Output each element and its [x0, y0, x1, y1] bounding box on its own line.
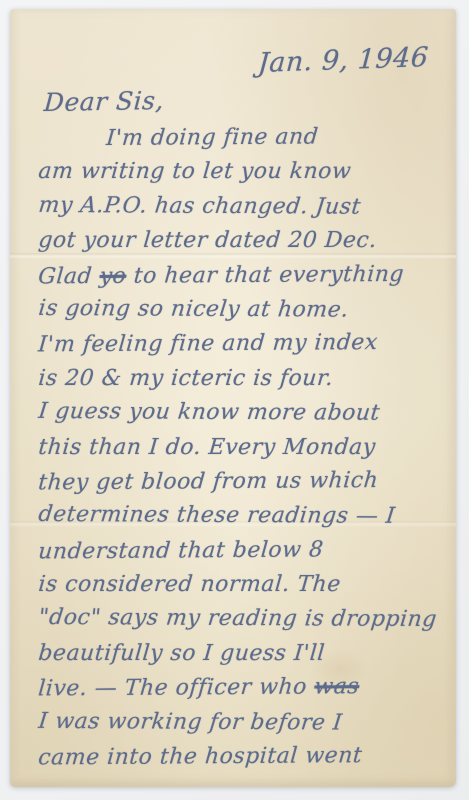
letter-text: is considered normal. The — [37, 572, 342, 597]
letter-text: live. — The officer who — [37, 675, 315, 702]
letter-line: determines these readings — I — [36, 502, 446, 539]
letter-line: live. — The officer who was — [36, 674, 445, 711]
scan-background: Jan. 9, 1946 Dear Sis, I'm doing fine an… — [0, 0, 469, 800]
letter-line: understand that below 8 — [36, 536, 445, 573]
letter-line: beautifully so I guess I'll — [36, 641, 445, 675]
letter-text: beautifully so I guess I'll — [37, 641, 326, 666]
letter-text: determines these readings — I — [37, 502, 396, 529]
letter-text: came into the hospital went — [37, 743, 363, 770]
struck-word: yo — [99, 263, 128, 288]
letter-line: Glad yo to hear that everything — [36, 261, 445, 298]
letter-line: I'm doing fine and — [36, 124, 445, 161]
letter-line: am writing to let you know — [36, 159, 445, 193]
letter-line: "doc" says my reading is dropping — [36, 605, 446, 642]
letter-text: got your letter dated 20 Dec. — [37, 228, 378, 253]
letter-line: is 20 & my icteric is four. — [36, 366, 445, 400]
letter-line: my A.P.O. has changed. Just — [36, 193, 446, 230]
letter-text: to hear that everything — [125, 261, 405, 288]
letter-text: they get blood from us which — [37, 468, 379, 495]
letter-text: I guess you know more about — [37, 399, 381, 426]
letter-text: this than I do. Every Monday — [37, 435, 376, 460]
letter-line: I was working for before I — [36, 709, 446, 746]
letter-text: I'm doing fine and — [105, 124, 319, 150]
letter-line: got your letter dated 20 Dec. — [36, 228, 445, 262]
letter-text: "doc" says my reading is dropping — [37, 605, 438, 632]
letter-text: I was working for before I — [37, 709, 343, 736]
letter-body: I'm doing fine andam writing to let you … — [38, 125, 444, 778]
letter-line: this than I do. Every Monday — [36, 435, 445, 469]
struck-word: was — [313, 674, 360, 699]
letter-text: my A.P.O. has changed. Just — [37, 193, 362, 220]
letter-line: is considered normal. The — [36, 572, 445, 606]
letter-line: I'm feeling fine and my index — [36, 330, 445, 367]
letter-line: they get blood from us which — [36, 467, 445, 504]
letter-text: am writing to let you know — [37, 159, 352, 184]
letter-page: Jan. 9, 1946 Dear Sis, I'm doing fine an… — [10, 9, 456, 787]
letter-date: Jan. 9, 1946 — [257, 42, 430, 79]
letter-line: I guess you know more about — [36, 399, 446, 436]
letter-text: is going so nicely at home. — [37, 296, 350, 323]
letter-text: Glad — [37, 264, 100, 289]
letter-line: came into the hospital went — [36, 743, 445, 780]
letter-text: is 20 & my icteric is four. — [37, 366, 334, 391]
letter-text: understand that below 8 — [37, 537, 324, 564]
letter-text: I'm feeling fine and my index — [37, 330, 379, 357]
letter-salutation: Dear Sis, — [43, 86, 165, 117]
letter-line: is going so nicely at home. — [36, 296, 446, 333]
